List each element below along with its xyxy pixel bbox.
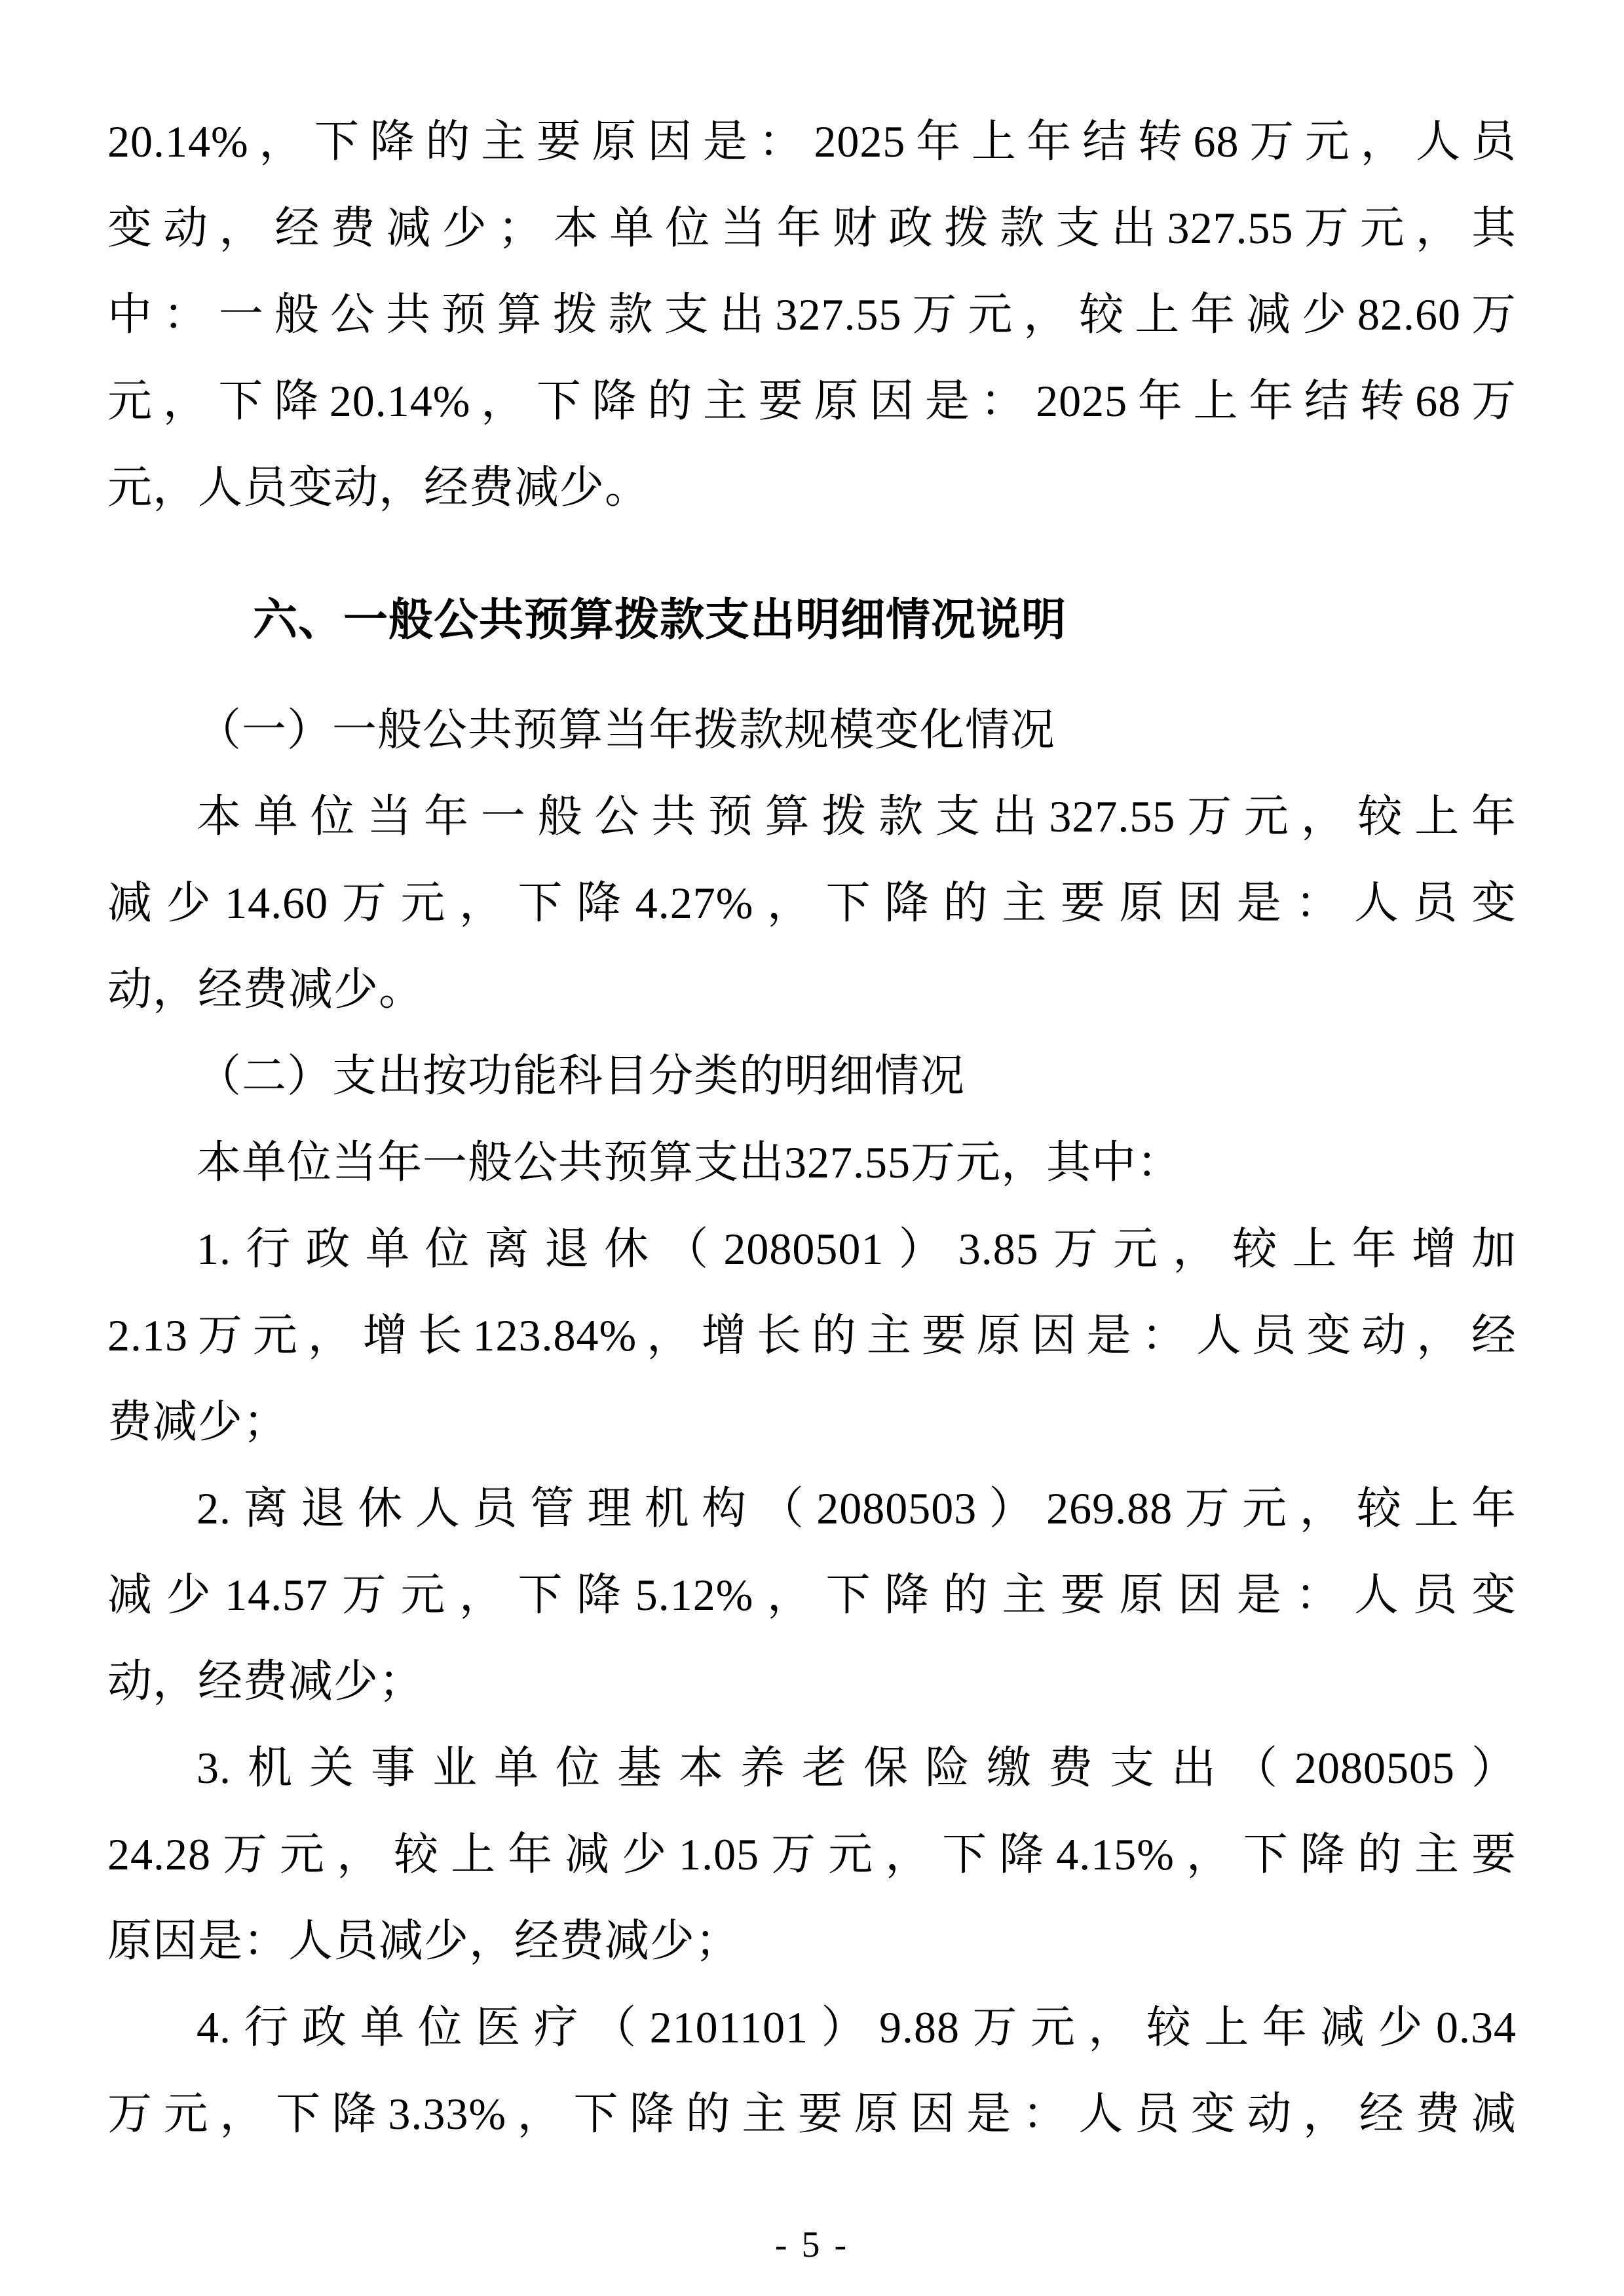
text-line: 减少14.60万元，下降4.27%，下降的主要原因是：人员变 [107,860,1517,946]
section-heading: 六、一般公共预算拨款支出明细情况说明 [107,577,1517,663]
text-line: 元，下降20.14%，下降的主要原因是：2025年上年结转68万 [107,358,1517,444]
text-line: 动，经费减少； [107,1638,1517,1725]
text-line: 3.机关事业单位基本养老保险缴费支出（2080505） [107,1725,1517,1811]
text-line: 万元，下降3.33%，下降的主要原因是：人员变动，经费减 [107,2071,1517,2157]
text-line: 1.行政单位离退休（2080501）3.85万元，较上年增加 [107,1206,1517,1292]
text-line: 原因是：人员减少，经费减少； [107,1898,1517,1984]
page-number: - 5 - [0,2225,1624,2265]
text-line: 4.行政单位医疗（2101101）9.88万元，较上年减少0.34 [107,1984,1517,2071]
document-page: 20.14%，下降的主要原因是：2025年上年结转68万元，人员 变动，经费减少… [0,0,1624,2296]
subsection-heading: （一）一般公共预算当年拨款规模变化情况 [107,687,1517,773]
text-line: 减少14.57万元，下降5.12%，下降的主要原因是：人员变 [107,1552,1517,1638]
text-line: 中：一般公共预算拨款支出327.55万元，较上年减少82.60万 [107,271,1517,358]
text-line: 2.离退休人员管理机构（2080503）269.88万元，较上年 [107,1465,1517,1552]
subsection-heading: （二）支出按功能科目分类的明细情况 [107,1033,1517,1119]
text-line: 费减少； [107,1379,1517,1465]
text-line: 24.28万元，较上年减少1.05万元，下降4.15%，下降的主要 [107,1811,1517,1898]
text-line: 动，经费减少。 [107,946,1517,1033]
text-line: 20.14%，下降的主要原因是：2025年上年结转68万元，人员 [107,98,1517,185]
text-line: 元，人员变动，经费减少。 [107,444,1517,531]
text-line: 变动，经费减少；本单位当年财政拨款支出327.55万元，其 [107,185,1517,271]
text-line: 本单位当年一般公共预算拨款支出327.55万元，较上年 [107,773,1517,860]
text-line: 本单位当年一般公共预算支出327.55万元，其中： [107,1119,1517,1206]
text-line: 2.13万元，增长123.84%，增长的主要原因是：人员变动，经 [107,1292,1517,1379]
